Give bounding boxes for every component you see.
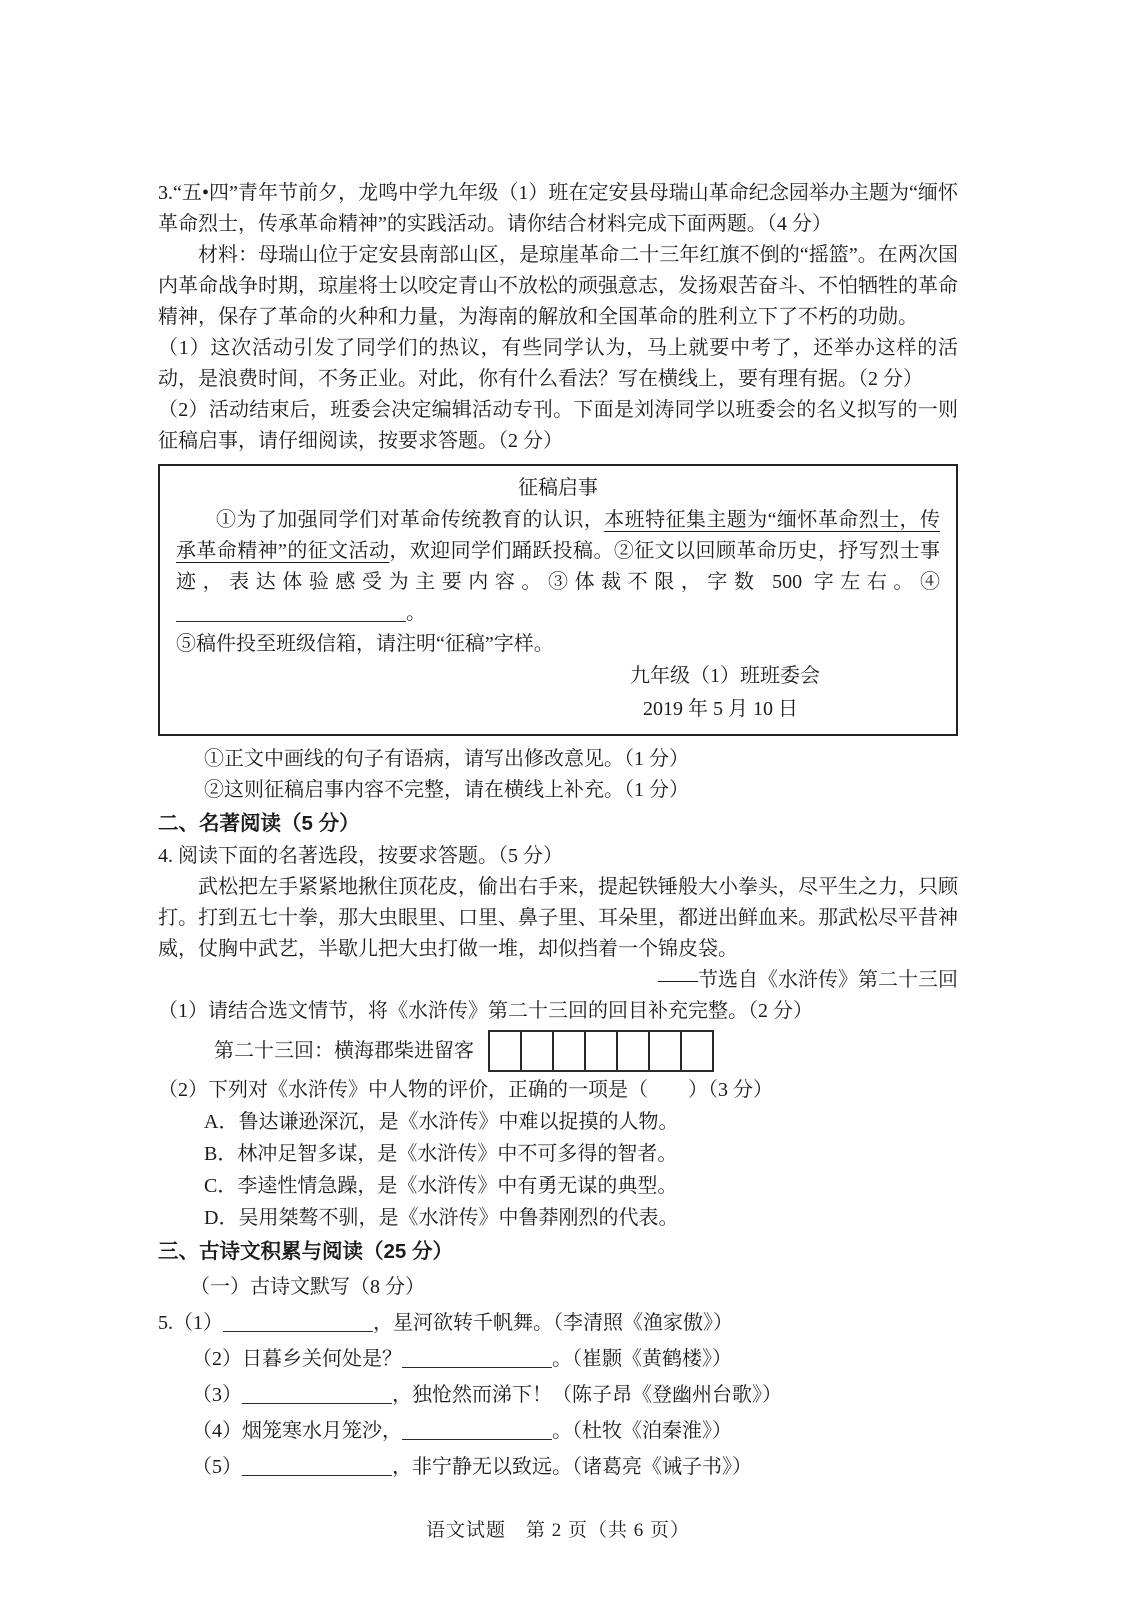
q4-option-a: A．鲁达谦逊深沉，是《水浒传》中难以捉摸的人物。 xyxy=(158,1106,958,1138)
q3-material: 材料：母瑞山位于定安县南部山区，是琼崖革命二十三年红旗不倒的“摇篮”。在两次国内… xyxy=(158,240,958,333)
answer-cell xyxy=(520,1032,552,1070)
answer-cell xyxy=(490,1032,520,1070)
notice-signature: 九年级（1）班班委会 xyxy=(176,660,940,693)
answer-cell xyxy=(552,1032,584,1070)
q3-sub2: （2）活动结束后，班委会决定编辑活动专刊。下面是刘涛同学以班委会的名义拟写的一则… xyxy=(158,395,958,457)
q5-item-1-pre: 5.（1） xyxy=(158,1312,223,1334)
notice-line5: ⑤稿件投至班级信箱，请注明“征稿”字样。 xyxy=(176,629,940,660)
q5-item-2-post: 。（崔颢《黄鹤楼》） xyxy=(552,1348,732,1370)
notice-box: 征稿启事 ①为了加强同学们对革命传统教育的认识，本班特征集主题为“缅怀革命烈士，… xyxy=(158,464,958,736)
q5-item-5-post: ，非宁静无以致远。（诸葛亮《诫子书》） xyxy=(392,1456,752,1478)
q4-sub1: （1）请结合选文情节，将《水浒传》第二十三回的回目补充完整。（2 分） xyxy=(158,996,958,1027)
q3-note-1: ①正文中画线的句子有语病，请写出修改意见。（1 分） xyxy=(158,744,958,775)
notice-body: ①为了加强同学们对革命传统教育的认识，本班特征集主题为“缅怀革命烈士，传承革命精… xyxy=(176,505,940,629)
q5-item-1: 5.（1），星河欲转千帆舞。（李清照《渔家傲》） xyxy=(158,1305,958,1341)
q4-excerpt: 武松把左手紧紧地揪住顶花皮，偷出右手来，提起铁锤般大小拳头，尽平生之力，只顾打。… xyxy=(158,872,958,965)
answer-grid xyxy=(488,1030,714,1072)
q5-item-3-blank xyxy=(242,1385,392,1404)
q5-item-3-post: ，独怆然而涕下！（陈子昂《登幽州台歌》） xyxy=(392,1384,782,1406)
q5-item-5: （5），非宁静无以致远。（诸葛亮《诫子书》） xyxy=(158,1449,958,1485)
q5-item-4: （4）烟笼寒水月笼沙，。（杜牧《泊秦淮》） xyxy=(158,1413,958,1449)
q5-item-5-pre: （5） xyxy=(192,1456,242,1478)
q5-item-2-pre: （2）日暮乡关何处是？ xyxy=(192,1348,402,1370)
q5-item-2-blank xyxy=(402,1349,552,1368)
q3-stem: 3.“五•四”青年节前夕，龙鸣中学九年级（1）班在定安县母瑞山革命纪念园举办主题… xyxy=(158,178,958,240)
q4-option-d: D．吴用桀骜不驯，是《水浒传》中鲁莽刚烈的代表。 xyxy=(158,1202,958,1234)
notice-date: 2019 年 5 月 10 日 xyxy=(176,693,940,726)
q4-stem: 4. 阅读下面的名著选段，按要求答题。（5 分） xyxy=(158,841,958,872)
page-footer: 语文试题 第 2 页（共 6 页） xyxy=(158,1515,958,1546)
q4-chapter-label: 第二十三回：横海郡柴进留客 xyxy=(158,1036,474,1067)
notice-seg4: 。 xyxy=(406,602,426,624)
q5-item-1-blank xyxy=(223,1313,373,1332)
q4-answer-row: 第二十三回：横海郡柴进留客 xyxy=(158,1027,958,1075)
q5-item-4-blank xyxy=(402,1421,552,1440)
q5-item-3: （3），独怆然而涕下！（陈子昂《登幽州台歌》） xyxy=(158,1377,958,1413)
q4-option-c: C．李逵性情急躁，是《水浒传》中有勇无谋的典型。 xyxy=(158,1170,958,1202)
q5-item-3-pre: （3） xyxy=(192,1384,242,1406)
section2-title: 二、名著阅读（5 分） xyxy=(158,806,958,841)
answer-cell xyxy=(616,1032,648,1070)
notice-seg1: ①为了加强同学们对革命传统教育的认识， xyxy=(216,509,604,531)
q4-option-b: B．林冲足智多谋，是《水浒传》中不可多得的智者。 xyxy=(158,1138,958,1170)
q3-note-2: ②这则征稿启事内容不完整，请在横线上补充。（1 分） xyxy=(158,775,958,806)
answer-cell xyxy=(648,1032,680,1070)
q5-item-1-post: ，星河欲转千帆舞。（李清照《渔家傲》） xyxy=(373,1312,733,1334)
notice-title: 征稿启事 xyxy=(176,472,940,505)
exam-page: 3.“五•四”青年节前夕，龙鸣中学九年级（1）班在定安县母瑞山革命纪念园举办主题… xyxy=(158,178,958,1546)
q4-source: ——节选自《水浒传》第二十三回 xyxy=(158,965,958,996)
answer-cell xyxy=(584,1032,616,1070)
notice-blank-4 xyxy=(176,603,406,622)
q5-item-4-pre: （4）烟笼寒水月笼沙， xyxy=(192,1420,402,1442)
q5-item-4-post: 。（杜牧《泊秦淮》） xyxy=(552,1420,732,1442)
q5-item-2: （2）日暮乡关何处是？。（崔颢《黄鹤楼》） xyxy=(158,1341,958,1377)
section3-title: 三、古诗文积累与阅读（25 分） xyxy=(158,1234,958,1269)
sub-section1-title: （一）古诗文默写（8 分） xyxy=(158,1269,958,1305)
q5-item-5-blank xyxy=(242,1457,392,1476)
answer-cell xyxy=(680,1032,712,1070)
q3-sub1: （1）这次活动引发了同学们的热议，有些同学认为，马上就要中考了，还举办这样的活动… xyxy=(158,333,958,395)
q4-sub2: （2）下列对《水浒传》中人物的评价，正确的一项是（ ）（3 分） xyxy=(158,1075,958,1106)
